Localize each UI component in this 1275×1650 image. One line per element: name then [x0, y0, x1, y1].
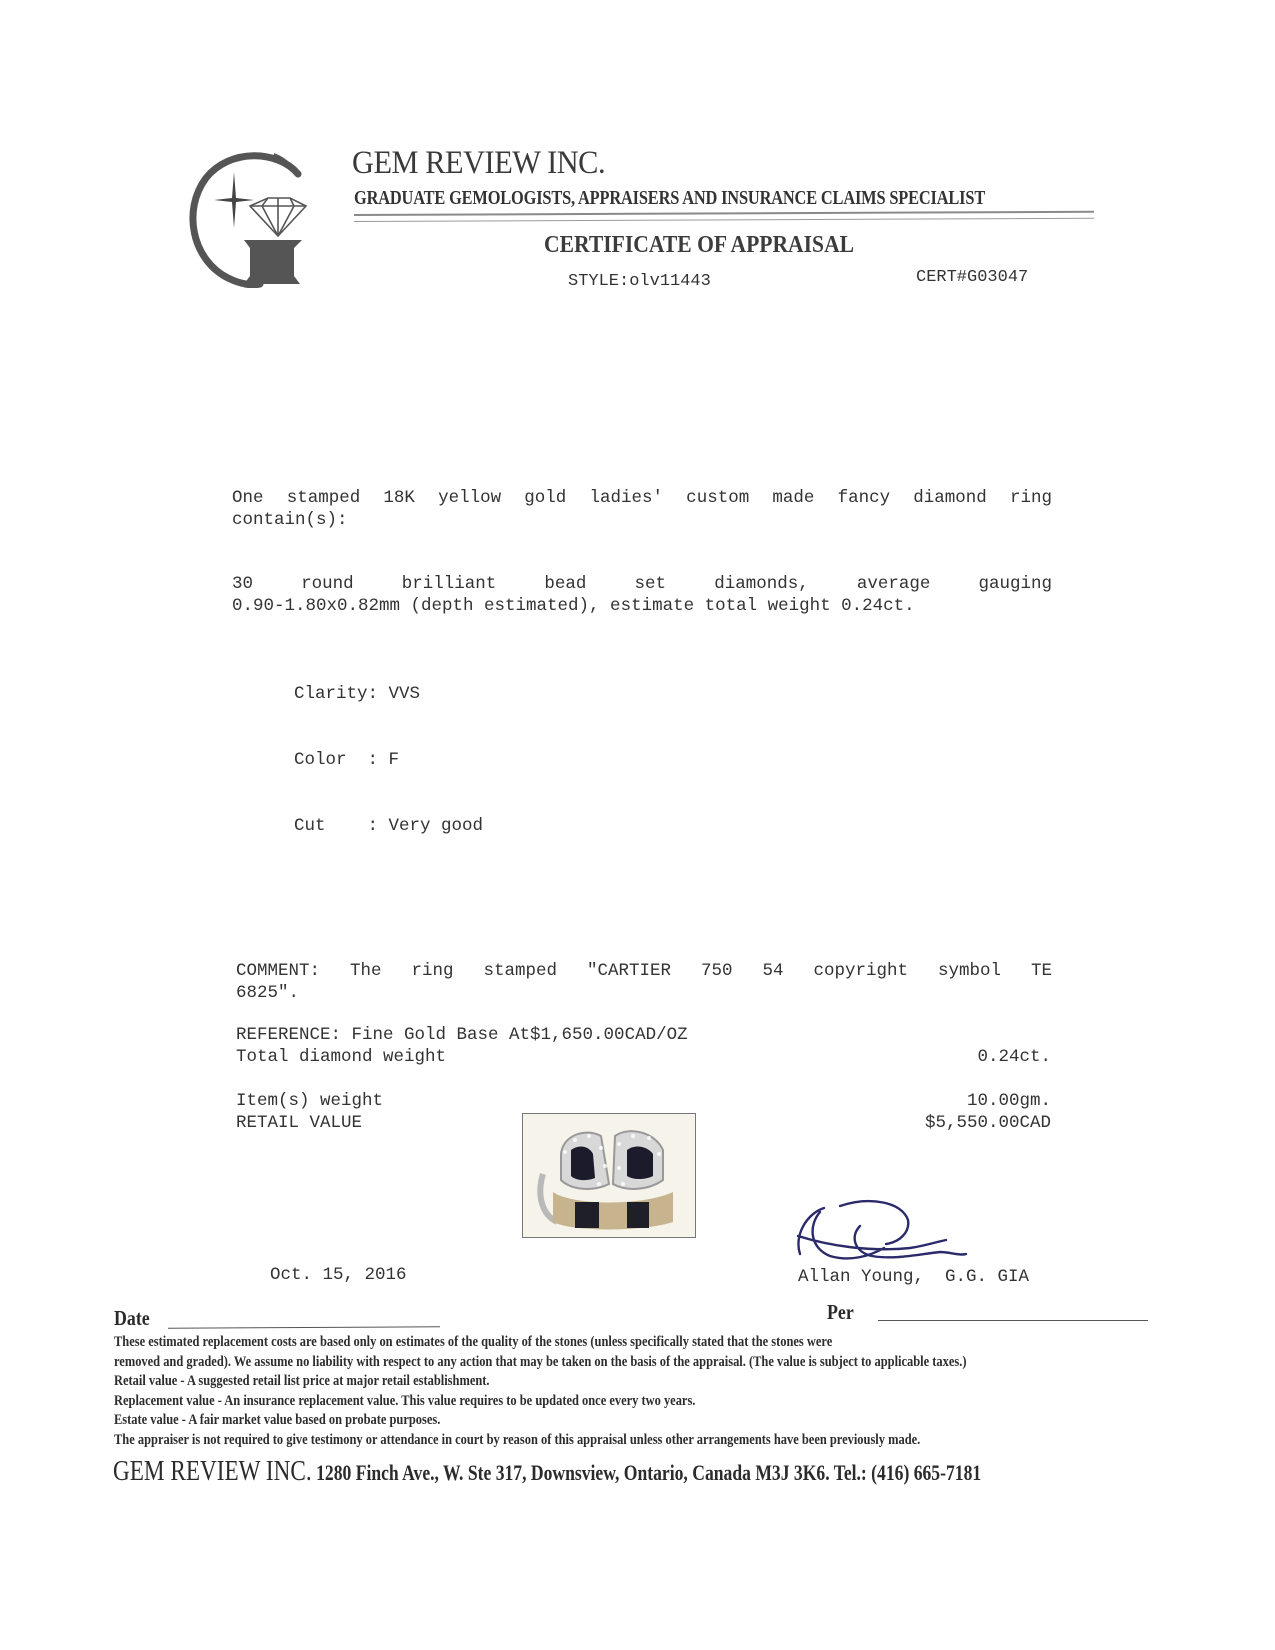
footer-contact: GEM REVIEW INC. 1280 Finch Ave., W. Ste … [113, 1455, 981, 1488]
total-diamond-weight-label: Total diamond weight [236, 1046, 446, 1068]
grading-cut: Cut : Very good [294, 815, 483, 837]
disclaimer-block: These estimated replacement costs are ba… [114, 1333, 1194, 1450]
footer-address: 1280 Finch Ave., W. Ste 317, Downsview, … [312, 1460, 981, 1485]
item-description-line1: One stamped 18K yellow gold ladies' cust… [232, 487, 1052, 509]
item-description-line2: contain(s): [232, 509, 348, 531]
retail-value: $5,550.00CAD [925, 1112, 1051, 1134]
g-diamond-star-logo-icon [186, 148, 310, 288]
grading-color: Color : F [294, 749, 483, 771]
grading-clarity: Clarity: VVS [294, 683, 483, 705]
comment-line1: COMMENT: The ring stamped "CARTIER 750 5… [236, 960, 1052, 982]
grading-block: Clarity: VVS Color : F Cut : Very good [294, 639, 483, 859]
gold-reference: REFERENCE: Fine Gold Base At$1,650.00CAD… [236, 1024, 688, 1046]
date-label: Date [114, 1306, 150, 1331]
per-label: Per [827, 1300, 854, 1325]
signature-image [790, 1196, 980, 1266]
stones-description-line1: 30 round brilliant bead set diamonds, av… [232, 573, 1052, 595]
disclaimer-line: removed and graded). We assume no liabil… [114, 1353, 1010, 1373]
disclaimer-line: These estimated replacement costs are ba… [114, 1333, 1010, 1353]
company-name: GEM REVIEW INC. [352, 145, 605, 182]
cert-number: CERT#G03047 [916, 268, 1028, 287]
total-diamond-weight-value: 0.24ct. [977, 1046, 1051, 1068]
disclaimer-line: Estate value - A fair market value based… [114, 1411, 1010, 1431]
ring-illustration [523, 1114, 695, 1237]
disclaimer-line: Retail value - A suggested retail list p… [114, 1372, 1010, 1392]
company-tagline: GRADUATE GEMOLOGISTS, APPRAISERS AND INS… [354, 188, 985, 210]
stones-description-line2: 0.90-1.80x0.82mm (depth estimated), esti… [232, 595, 915, 617]
appraisal-date: Oct. 15, 2016 [270, 1264, 407, 1286]
comment-line2: 6825". [236, 982, 299, 1004]
appraiser-name: Allan Young, G.G. GIA [798, 1266, 1029, 1288]
disclaimer-line: Replacement value - An insurance replace… [114, 1392, 1010, 1412]
ring-photo [522, 1113, 696, 1238]
date-signature-line [168, 1326, 440, 1328]
footer-company-name: GEM REVIEW INC. [113, 1455, 312, 1487]
header-double-rule [354, 211, 1094, 222]
retail-value-label: RETAIL VALUE [236, 1112, 362, 1134]
style-number: STYLE:olv11443 [568, 272, 711, 291]
disclaimer-line: The appraiser is not required to give te… [114, 1431, 1010, 1451]
document-title: CERTIFICATE OF APPRAISAL [544, 232, 854, 259]
per-signature-line [878, 1320, 1148, 1321]
item-weight-value: 10.00gm. [967, 1090, 1051, 1112]
item-weight-label: Item(s) weight [236, 1090, 383, 1112]
